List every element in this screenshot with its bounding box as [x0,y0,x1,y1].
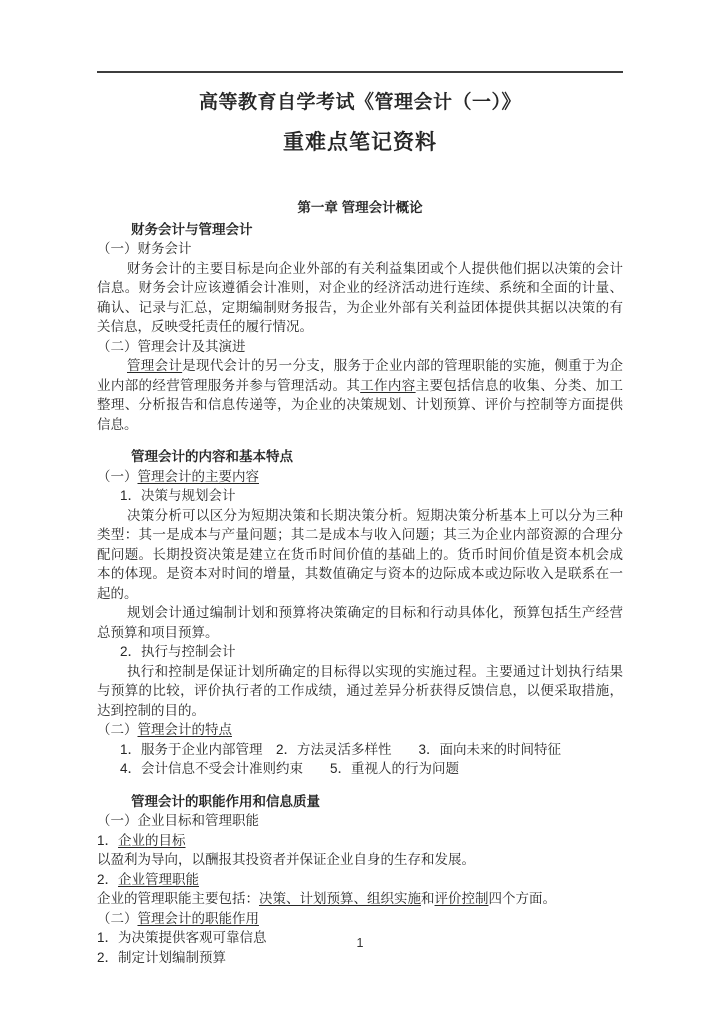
text-run: （一） [97,469,138,484]
sub-heading: （一）企业目标和管理职能 [97,811,623,831]
paragraph: 管理会计是现代会计的另一分支，服务于企业内部的管理职能的实施，侧重于为企业内部的… [97,356,623,434]
text-run: 规划会计通过编制计划和预算将决策确定的目标和行动具体化，预算包括生产经营总预算和… [97,605,623,640]
numbered-item: 2．企业管理职能 [97,870,623,890]
text-run: 决策分析可以区分为短期决策和长期决策分析。短期决策分析基本上可以分为三种类型：其… [97,508,623,601]
text-run: 2．执行与控制会计 [120,644,236,659]
text-run: 2． [97,872,118,887]
text-run: 和 [421,891,435,906]
paragraph: 执行和控制是保证计划所确定的目标得以实现的实施过程。主要通过计划执行结果与预算的… [97,662,623,721]
underlined-text-run: 企业管理职能 [118,872,199,887]
text-run: 以盈利为导向，以酬报其投资者并保证企业自身的生存和发展。 [97,852,475,867]
text-run: 管理会计的职能作用和信息质量 [131,794,320,809]
paragraph: 决策分析可以区分为短期决策和长期决策分析。短期决策分析基本上可以分为三种类型：其… [97,506,623,604]
text-line: 企业的管理职能主要包括：决策、计划预算、组织实施和评价控制四个方面。 [97,889,623,909]
spacer [97,434,623,447]
sub-heading: （二）管理会计的职能作用 [97,909,623,929]
section-heading: 管理会计的内容和基本特点 [97,447,623,467]
header-rule [97,71,623,73]
underlined-text-run: 管理会计 [127,358,182,373]
underlined-text-run: 管理会计的主要内容 [138,469,260,484]
sub-heading: （一）管理会计的主要内容 [97,467,623,487]
page-content: 高等教育自学考试《管理会计（一）》 重难点笔记资料 第一章 管理会计概论财务会计… [0,71,720,967]
underlined-text-run: 管理会计的特点 [138,722,233,737]
numbered-item: 1．服务于企业内部管理 2．方法灵活多样性 3．面向未来的时间特征 [97,740,623,760]
text-run: （二） [97,722,138,737]
text-run: 管理会计的内容和基本特点 [131,449,293,464]
text-run: （一）企业目标和管理职能 [97,813,259,828]
page-number: 1 [0,936,720,950]
text-run: 4．会计信息不受会计准则约束 5．重视人的行为问题 [120,761,459,776]
document-body: 第一章 管理会计概论财务会计与管理会计（一）财务会计财务会计的主要目标是向企业外… [97,198,623,967]
underlined-text-run: 决策、计划预算、组织实施 [259,891,421,906]
text-run: 企业的管理职能主要包括： [97,891,259,906]
document-page: 高等教育自学考试《管理会计（一）》 重难点笔记资料 第一章 管理会计概论财务会计… [0,0,720,1017]
text-run: 1．服务于企业内部管理 2．方法灵活多样性 3．面向未来的时间特征 [120,742,561,757]
text-run: 1． [97,833,118,848]
text-line: 以盈利为导向，以酬报其投资者并保证企业自身的生存和发展。 [97,850,623,870]
chapter-heading: 第一章 管理会计概论 [97,198,623,218]
numbered-item: 1．决策与规划会计 [97,486,623,506]
sub-heading: （一）财务会计 [97,239,623,259]
text-run: 四个方面。 [489,891,557,906]
document-subtitle: 重难点笔记资料 [97,129,623,157]
underlined-text-run: 企业的目标 [118,833,186,848]
text-run: （二） [97,911,138,926]
sub-heading: （二）管理会计的特点 [97,720,623,740]
underlined-text-run: 管理会计的职能作用 [138,911,260,926]
text-run: 第一章 管理会计概论 [297,200,422,215]
paragraph: 财务会计的主要目标是向企业外部的有关利益集团或个人提供他们据以决策的会计信息。财… [97,259,623,337]
section-heading: 管理会计的职能作用和信息质量 [97,792,623,812]
text-run: 财务会计与管理会计 [131,222,253,237]
text-run: 1．决策与规划会计 [120,488,236,503]
underlined-text-run: 评价控制 [435,891,489,906]
text-run: （一）财务会计 [97,241,192,256]
numbered-item: 2．执行与控制会计 [97,642,623,662]
paragraph: 规划会计通过编制计划和预算将决策确定的目标和行动具体化，预算包括生产经营总预算和… [97,603,623,642]
text-run: 2．制定计划编制预算 [97,950,226,965]
text-run: 执行和控制是保证计划所确定的目标得以实现的实施过程。主要通过计划执行结果与预算的… [97,664,623,718]
numbered-item: 4．会计信息不受会计准则约束 5．重视人的行为问题 [97,759,623,779]
spacer [97,779,623,792]
text-run: （二）管理会计及其演进 [97,339,246,354]
numbered-item: 2．制定计划编制预算 [97,948,623,968]
text-run: 财务会计的主要目标是向企业外部的有关利益集团或个人提供他们据以决策的会计信息。财… [97,261,623,335]
numbered-item: 1．企业的目标 [97,831,623,851]
underlined-text-run: 工作内容 [360,378,415,393]
section-heading: 财务会计与管理会计 [97,220,623,240]
document-title: 高等教育自学考试《管理会计（一）》 [97,89,623,117]
sub-heading: （二）管理会计及其演进 [97,337,623,357]
